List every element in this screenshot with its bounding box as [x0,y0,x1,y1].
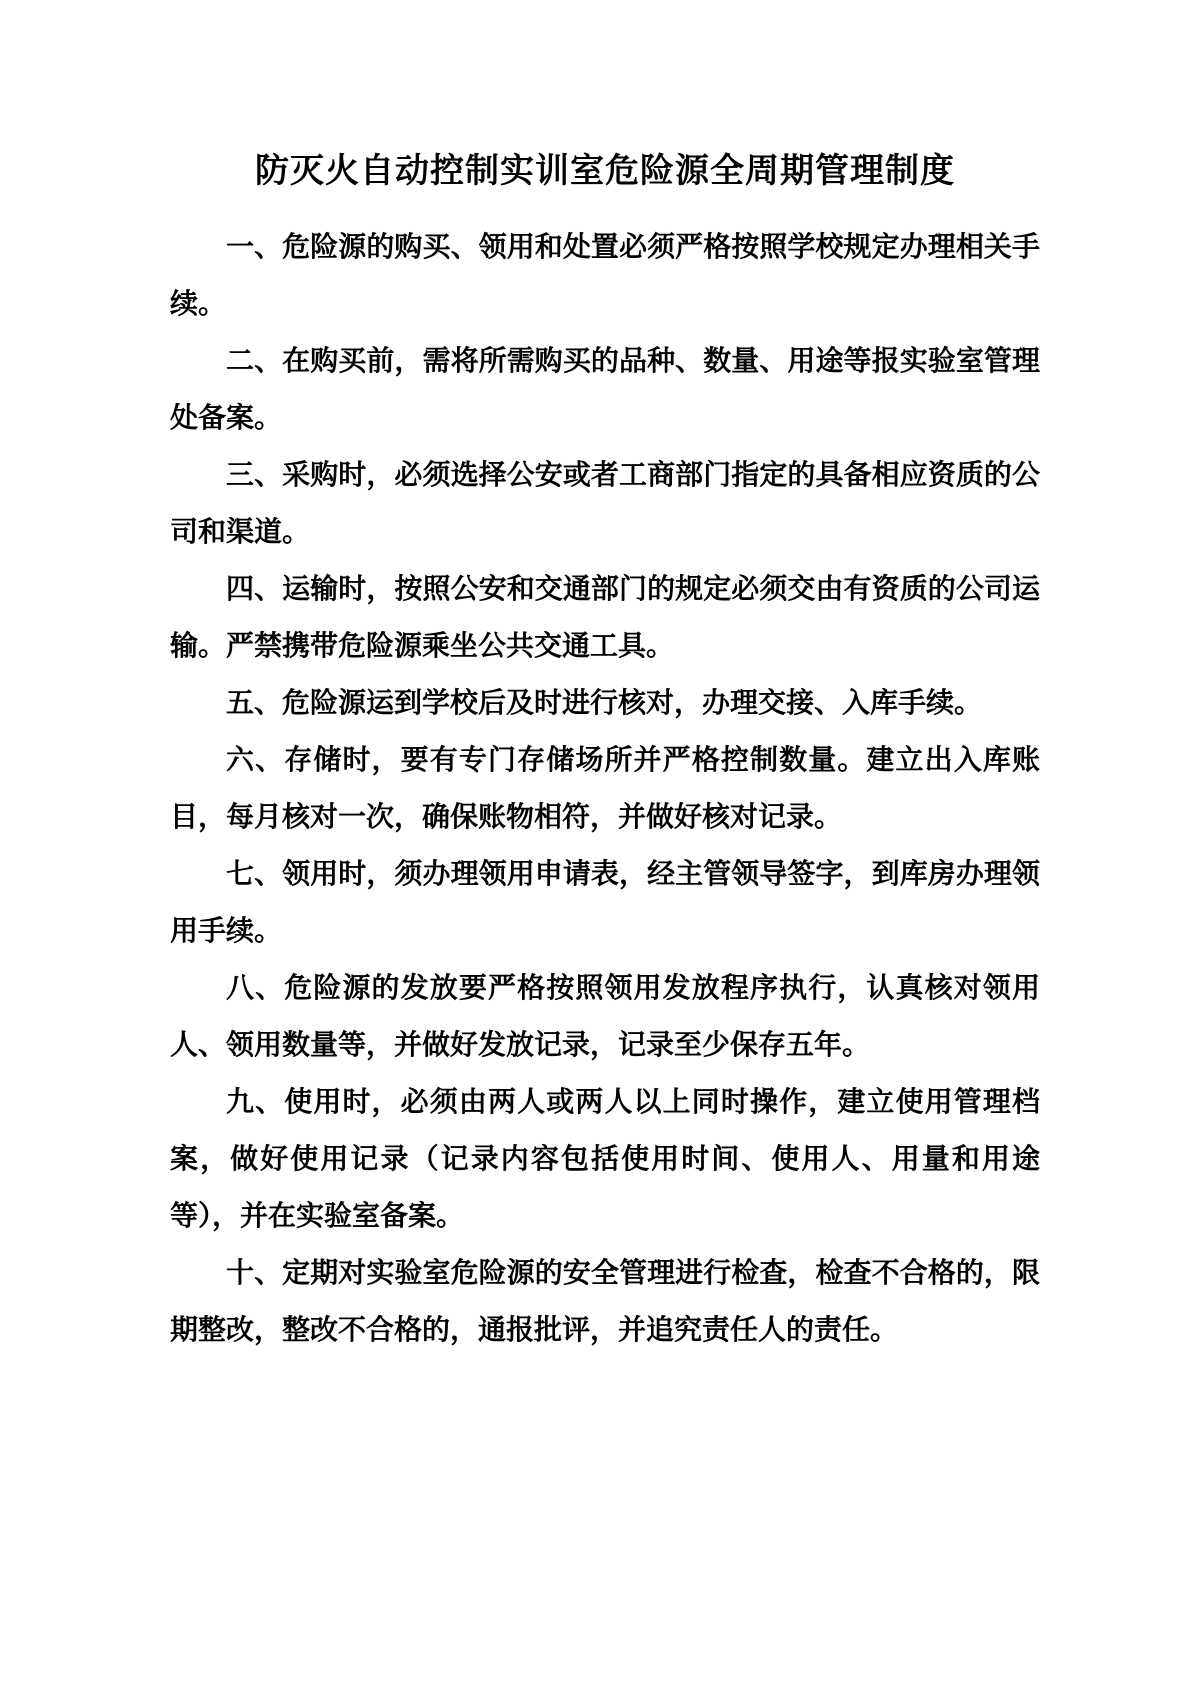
paragraph-8: 八、危险源的发放要严格按照领用发放程序执行，认真核对领用人、领用数量等，并做好发… [170,959,1040,1073]
paragraph-9: 九、使用时，必须由两人或两人以上同时操作，建立使用管理档案，做好使用记录（记录内… [170,1073,1040,1244]
paragraph-5: 五、危险源运到学校后及时进行核对，办理交接、入库手续。 [170,674,1040,731]
paragraph-1: 一、危险源的购买、领用和处置必须严格按照学校规定办理相关手续。 [170,218,1040,332]
paragraph-2: 二、在购买前，需将所需购买的品种、数量、用途等报实验室管理处备案。 [170,332,1040,446]
paragraph-10: 十、定期对实验室危险源的安全管理进行检查，检查不合格的，限期整改，整改不合格的，… [170,1244,1040,1358]
paragraph-4: 四、运输时，按照公安和交通部门的规定必须交由有资质的公司运输。严禁携带危险源乘坐… [170,560,1040,674]
document-title: 防灭火自动控制实训室危险源全周期管理制度 [170,148,1040,196]
paragraph-7: 七、领用时，须办理领用申请表，经主管领导签字，到库房办理领用手续。 [170,845,1040,959]
document-page: 防灭火自动控制实训室危险源全周期管理制度 一、危险源的购买、领用和处置必须严格按… [0,0,1190,1683]
paragraph-6: 六、存储时，要有专门存储场所并严格控制数量。建立出入库账目，每月核对一次，确保账… [170,731,1040,845]
paragraph-3: 三、采购时，必须选择公安或者工商部门指定的具备相应资质的公司和渠道。 [170,446,1040,560]
